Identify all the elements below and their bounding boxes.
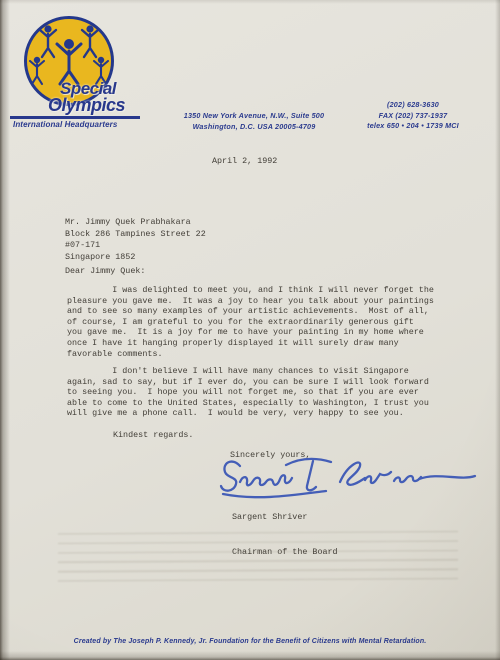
paragraph-2: I don't believe I will have many chances… [67, 366, 429, 419]
recipient-address-block: Mr. Jimmy Quek Prabhakara Block 286 Tamp… [65, 217, 206, 263]
paragraph-1: I was delighted to meet you, and I think… [67, 285, 434, 359]
letterhead-subtitle: International Headquarters [13, 120, 117, 129]
page-bleed-through [58, 531, 458, 585]
footer-foundation-credit: Created by The Joseph P. Kennedy, Jr. Fo… [0, 638, 500, 645]
typed-signer-name: Sargent Shriver [232, 512, 338, 524]
telex-number: telex 650 • 204 • 1739 MCI [348, 121, 478, 132]
closing-line: Kindest regards. [113, 430, 193, 440]
address-line-2: Washington, D.C. USA 20005-4709 [168, 122, 340, 133]
fax-number: FAX (202) 737-1937 [348, 111, 478, 122]
letter-scan-page: Special Olympics International Headquart… [0, 0, 500, 660]
letterhead-contact: (202) 628-3630 FAX (202) 737-1937 telex … [348, 100, 478, 132]
letterhead-address: 1350 New York Avenue, N.W., Suite 500 Wa… [168, 111, 340, 132]
salutation: Dear Jimmy Quek: [65, 266, 145, 276]
letter-date: April 2, 1992 [212, 156, 277, 166]
logo-wordmark-olympics: Olympics [48, 95, 125, 116]
letterhead-divider [10, 116, 140, 119]
address-line-1: 1350 New York Avenue, N.W., Suite 500 [168, 111, 340, 122]
phone-number: (202) 628-3630 [348, 100, 478, 111]
